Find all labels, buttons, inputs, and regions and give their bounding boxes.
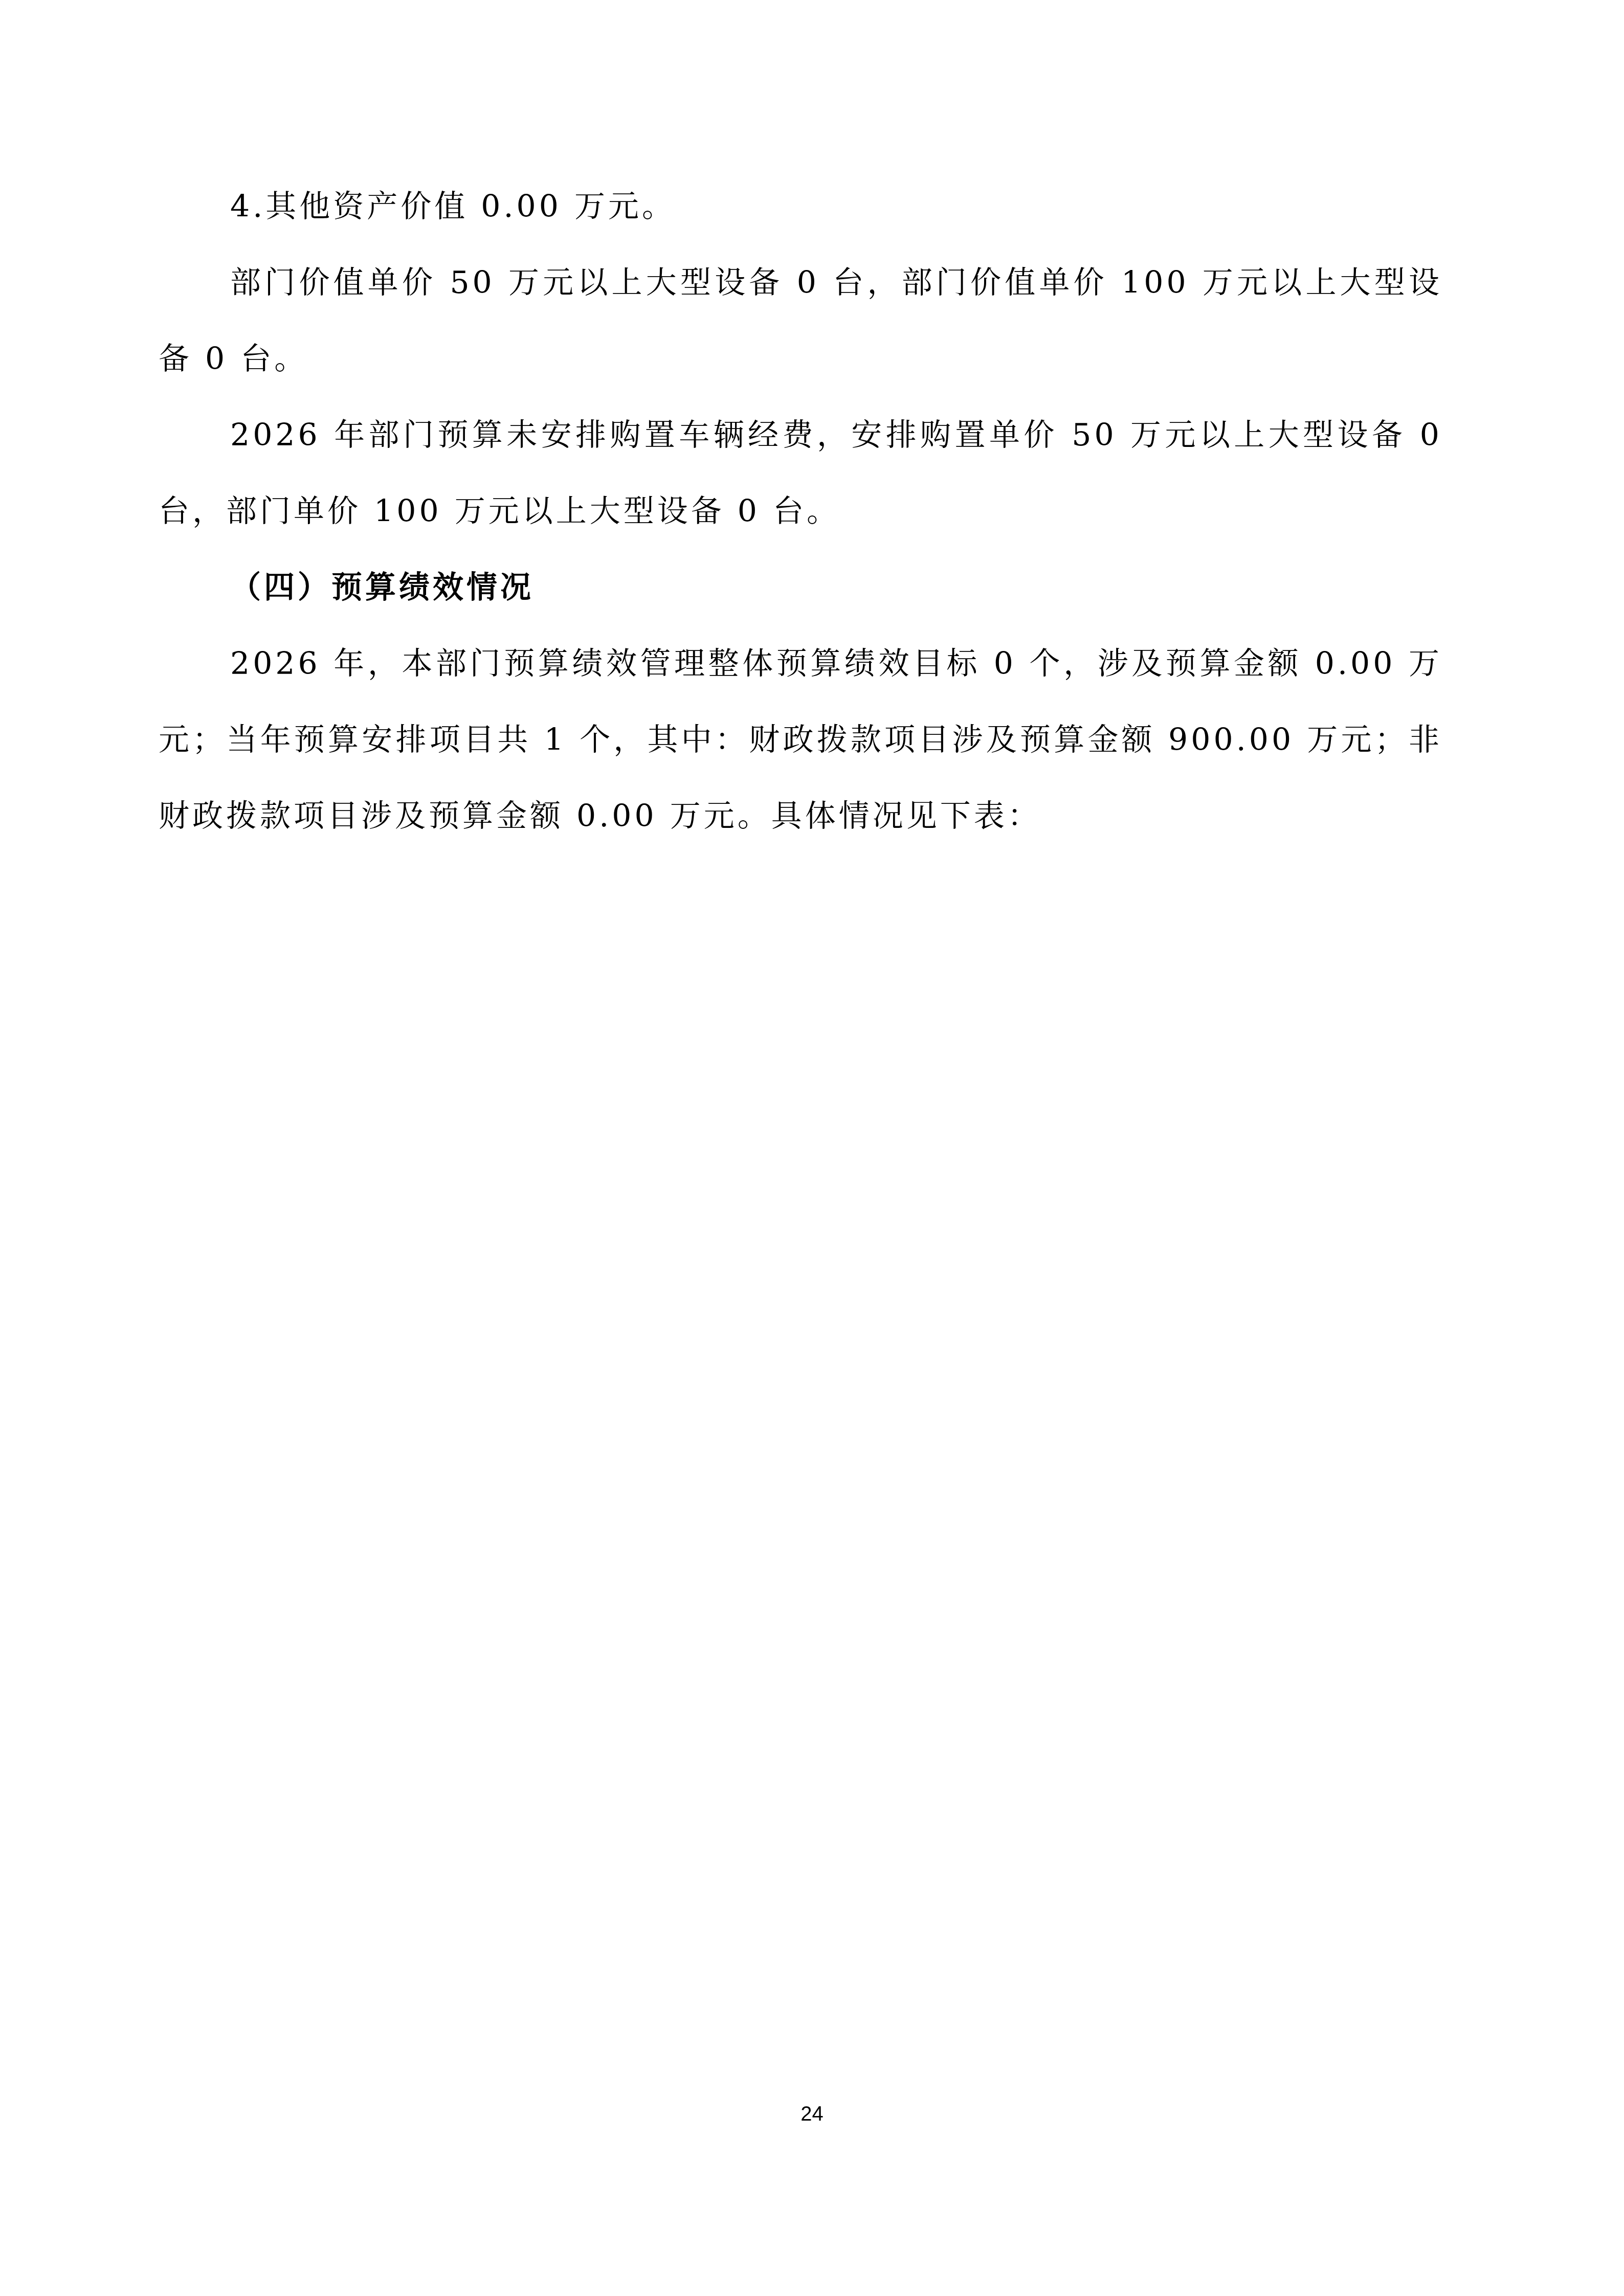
page-number: 24: [0, 2103, 1624, 2126]
paragraph-vehicle-purchase: 2026 年部门预算未安排购置车辆经费，安排购置单价 50 万元以上大型设备 0…: [159, 397, 1442, 550]
paragraph-large-equipment: 部门价值单价 50 万元以上大型设备 0 台，部门价值单价 100 万元以上大型…: [159, 245, 1442, 397]
document-page: 4.其他资产价值 0.00 万元。 部门价值单价 50 万元以上大型设备 0 台…: [0, 0, 1624, 2296]
paragraph-other-assets: 4.其他资产价值 0.00 万元。: [159, 169, 1442, 245]
page-content: 4.其他资产价值 0.00 万元。 部门价值单价 50 万元以上大型设备 0 台…: [159, 169, 1442, 854]
paragraph-performance-summary: 2026 年，本部门预算绩效管理整体预算绩效目标 0 个，涉及预算金额 0.00…: [159, 626, 1442, 854]
section-heading-performance: （四）预算绩效情况: [159, 550, 1442, 626]
